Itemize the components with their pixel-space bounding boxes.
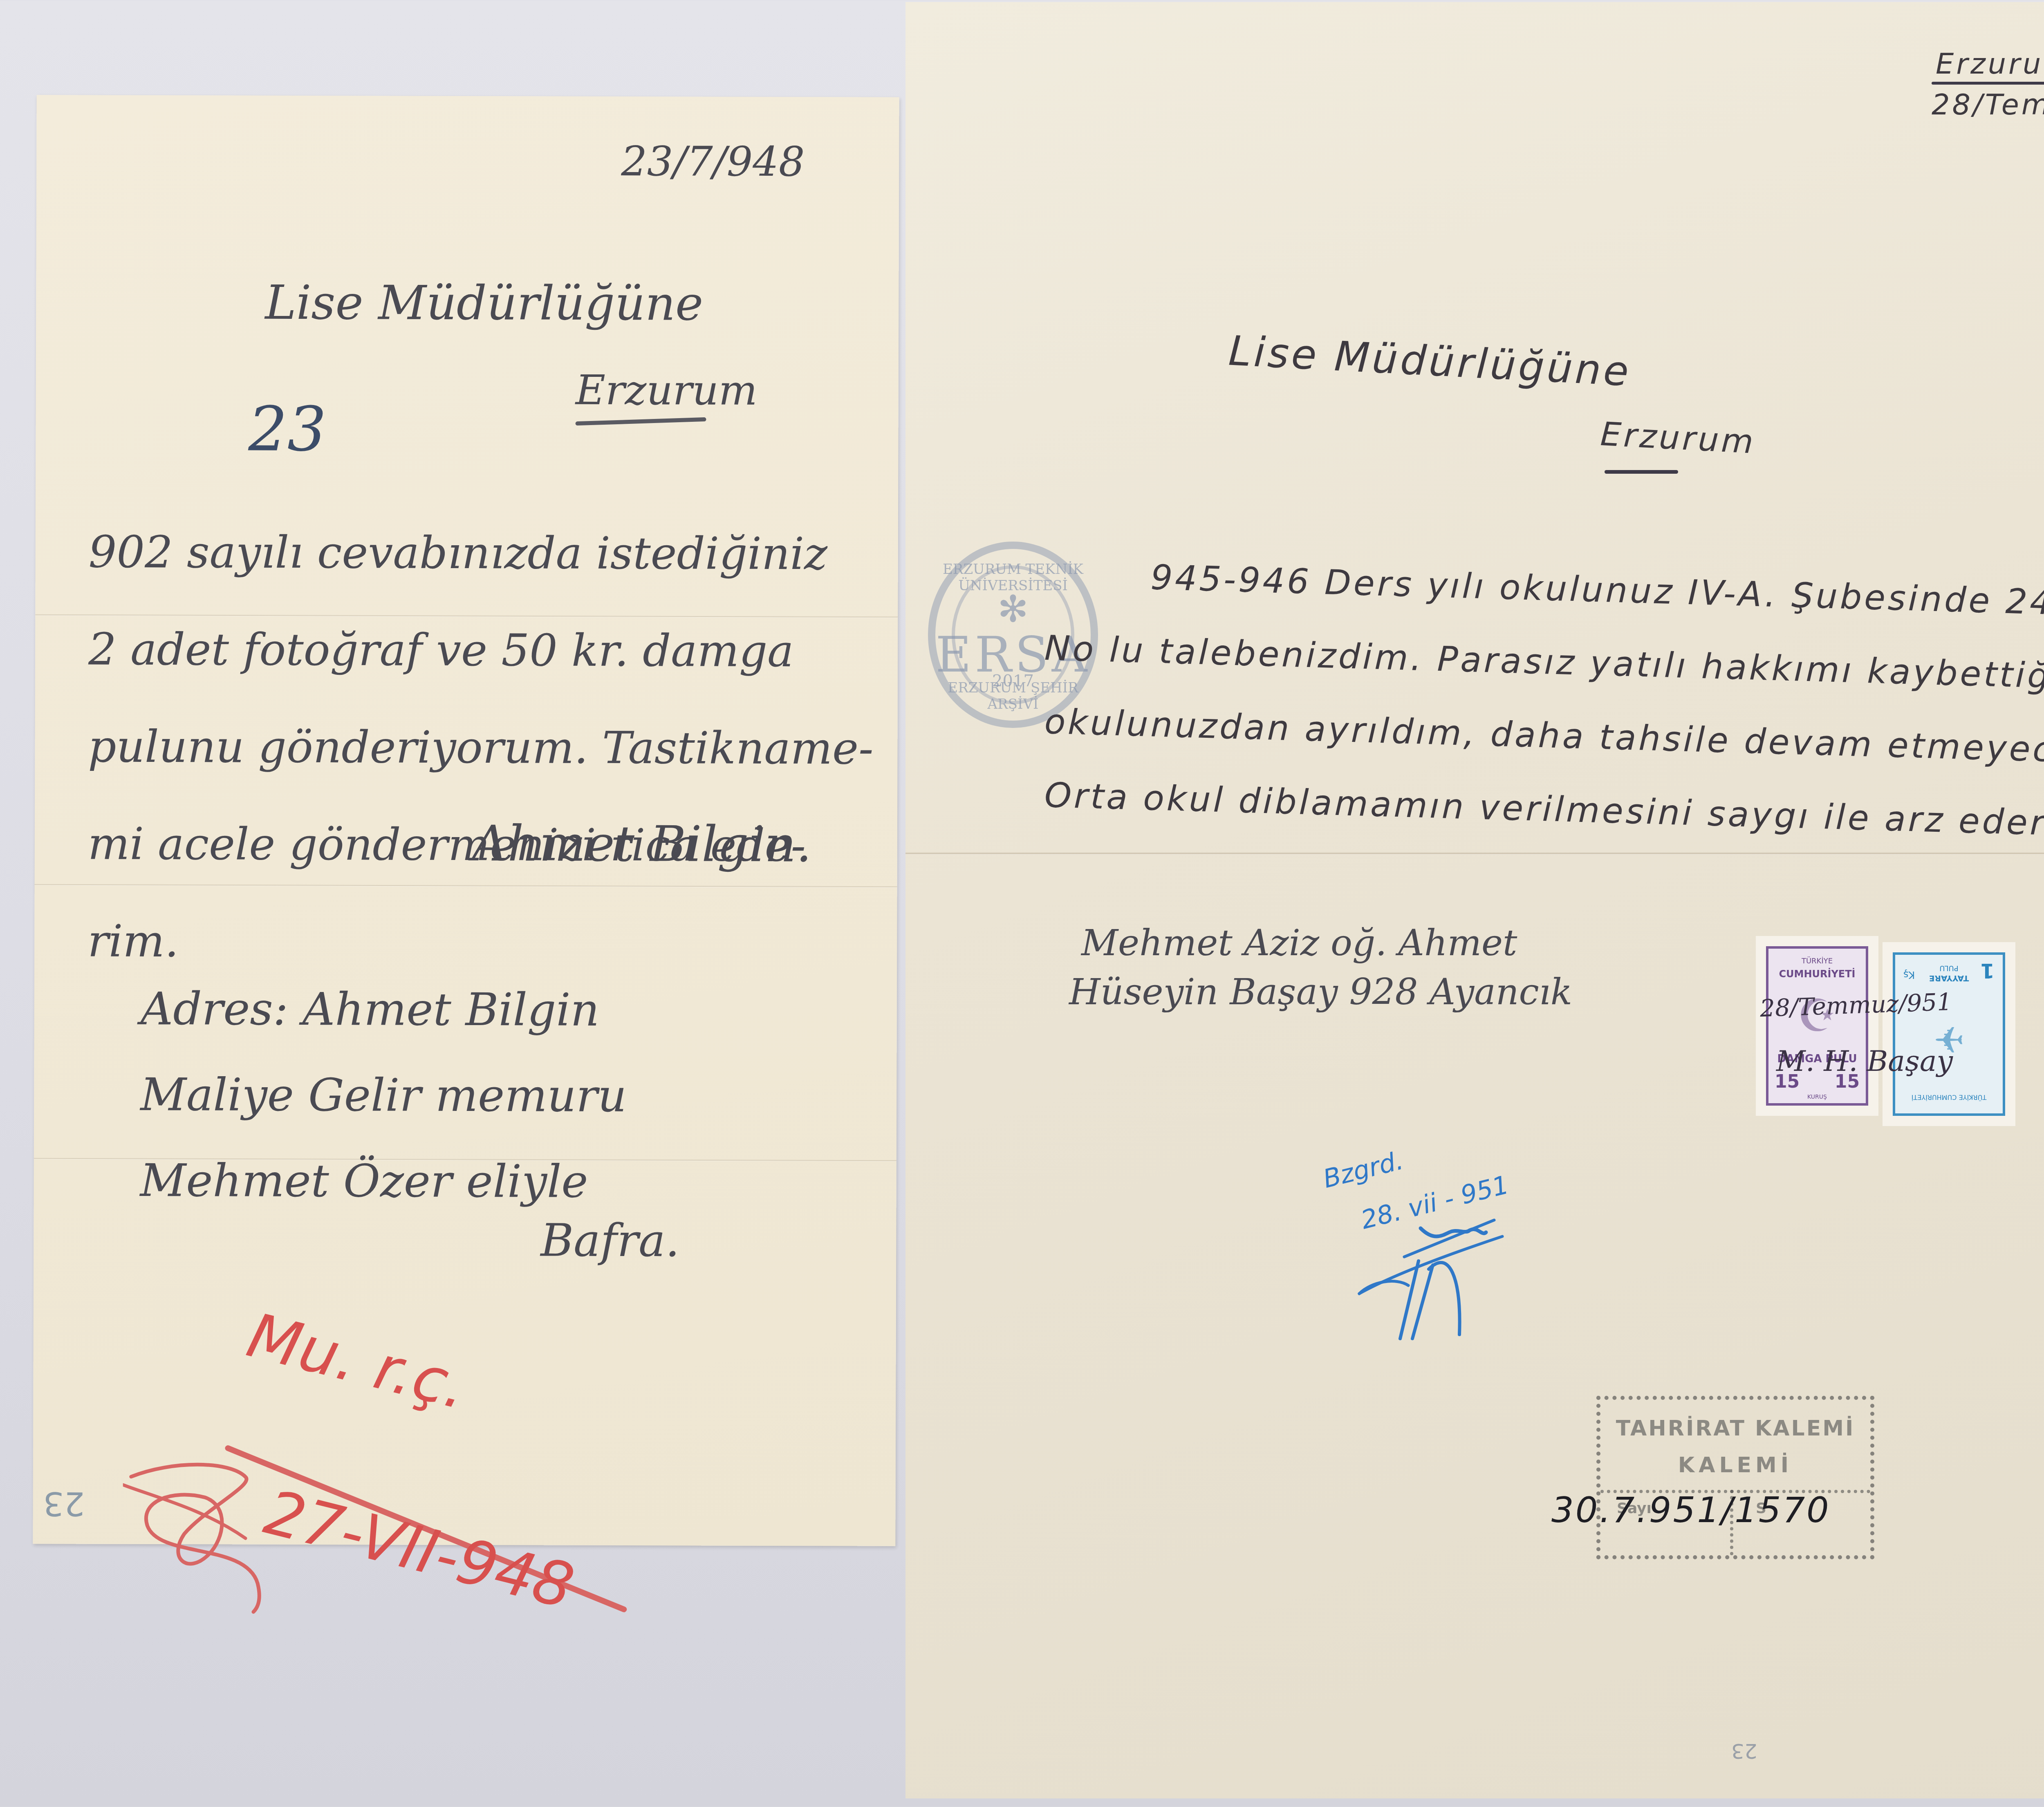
header-underline [1932,82,2044,85]
blue-annotation-top: Bzgrd. [1320,1145,1406,1194]
city-underline [575,417,706,425]
revenue-stamp-tayyare-pulu: TÜRKİYE CUMHURİYETİ ✈ 1 TAYYARE PULU Kş [1883,942,2015,1126]
letter-body: 945-946 Ders yılı okulunuz IV-A. Şubesin… [1044,537,2044,832]
address-line: Mehmet Özer eliyle [140,1137,626,1225]
body-line: 902 sayılı cevabınızda istediğiniz [88,504,886,603]
letter-body: 902 sayılı cevabınızda istediğiniz 2 ade… [87,504,886,992]
red-signature-scribble [123,1460,327,1616]
blue-signature-icon [1347,1212,1519,1343]
registry-stamp: TAHRİRAT KALEMİ KALEMİ Sayı S [1596,1396,1874,1559]
address-block: Adres: Ahmet Bilgin Maliye Gelir memuru … [140,966,627,1225]
registry-number: 30.7.951/1570 [1551,1490,1831,1531]
letter-city: Erzurum [576,366,758,414]
pencil-page-number: 23 [1731,1739,1757,1763]
registry-stamp-title: TAHRİRAT KALEMİ [1600,1416,1870,1441]
header-place: Erzurum [1936,47,2044,81]
sender-address: Hüseyin Başay 928 Ayancık [1069,971,1572,1013]
address-line: Maliye Gelir memuru [140,1052,627,1139]
body-line: 2 adet fotoğraf ve 50 kr. damga [88,601,886,701]
red-annotation-top: Mu. r.ç. [241,1300,475,1423]
reference-number: 23 [248,394,326,465]
address-place: Bafra. [540,1214,680,1267]
stamp-unit: Kş [1903,969,1915,981]
header-date: 28/Temmuz/951 [1932,88,2044,121]
stamp-cancellation-signature: M. H. Başay [1776,1044,1953,1078]
pencil-page-number: 23 [43,1485,85,1523]
letter-recipient: Lise Müdürlüğüne [265,275,703,331]
registry-stamp-subtitle: KALEMİ [1600,1453,1870,1478]
signature: Ahmet Bilgin. [472,815,812,873]
stamp-issuer: CUMHURİYETİ [1768,968,1866,980]
stamp-country: TÜRKİYE [1768,957,1866,965]
letter-recipient: Lise Müdürlüğüne [1228,327,1632,395]
sender-name: Mehmet Aziz oğ. Ahmet [1081,922,1517,964]
letter-city: Erzurum [1600,415,1757,461]
revenue-stamp-damga-pulu: TÜRKİYE CUMHURİYETİ ☪ DAMGA PULU 15 15 K… [1756,936,1878,1116]
letter-date: 23/7/948 [621,137,805,186]
letter-left-1948: 23/7/948 Lise Müdürlüğüne Erzurum 23 902… [33,95,899,1546]
stamp-unit: KURUŞ [1768,1094,1866,1100]
body-line: pulunu gönderiyorum. Tastikname- [88,699,885,798]
address-line: Adres: Ahmet Bilgin [141,966,627,1053]
letter-right-1951: Erzurum 28/Temmuz/951 Lise Müdürlüğüne E… [905,2,2044,1798]
city-underline [1605,470,1678,474]
stamp-issuer: TÜRKİYE CUMHURİYETİ [1895,1093,2003,1101]
